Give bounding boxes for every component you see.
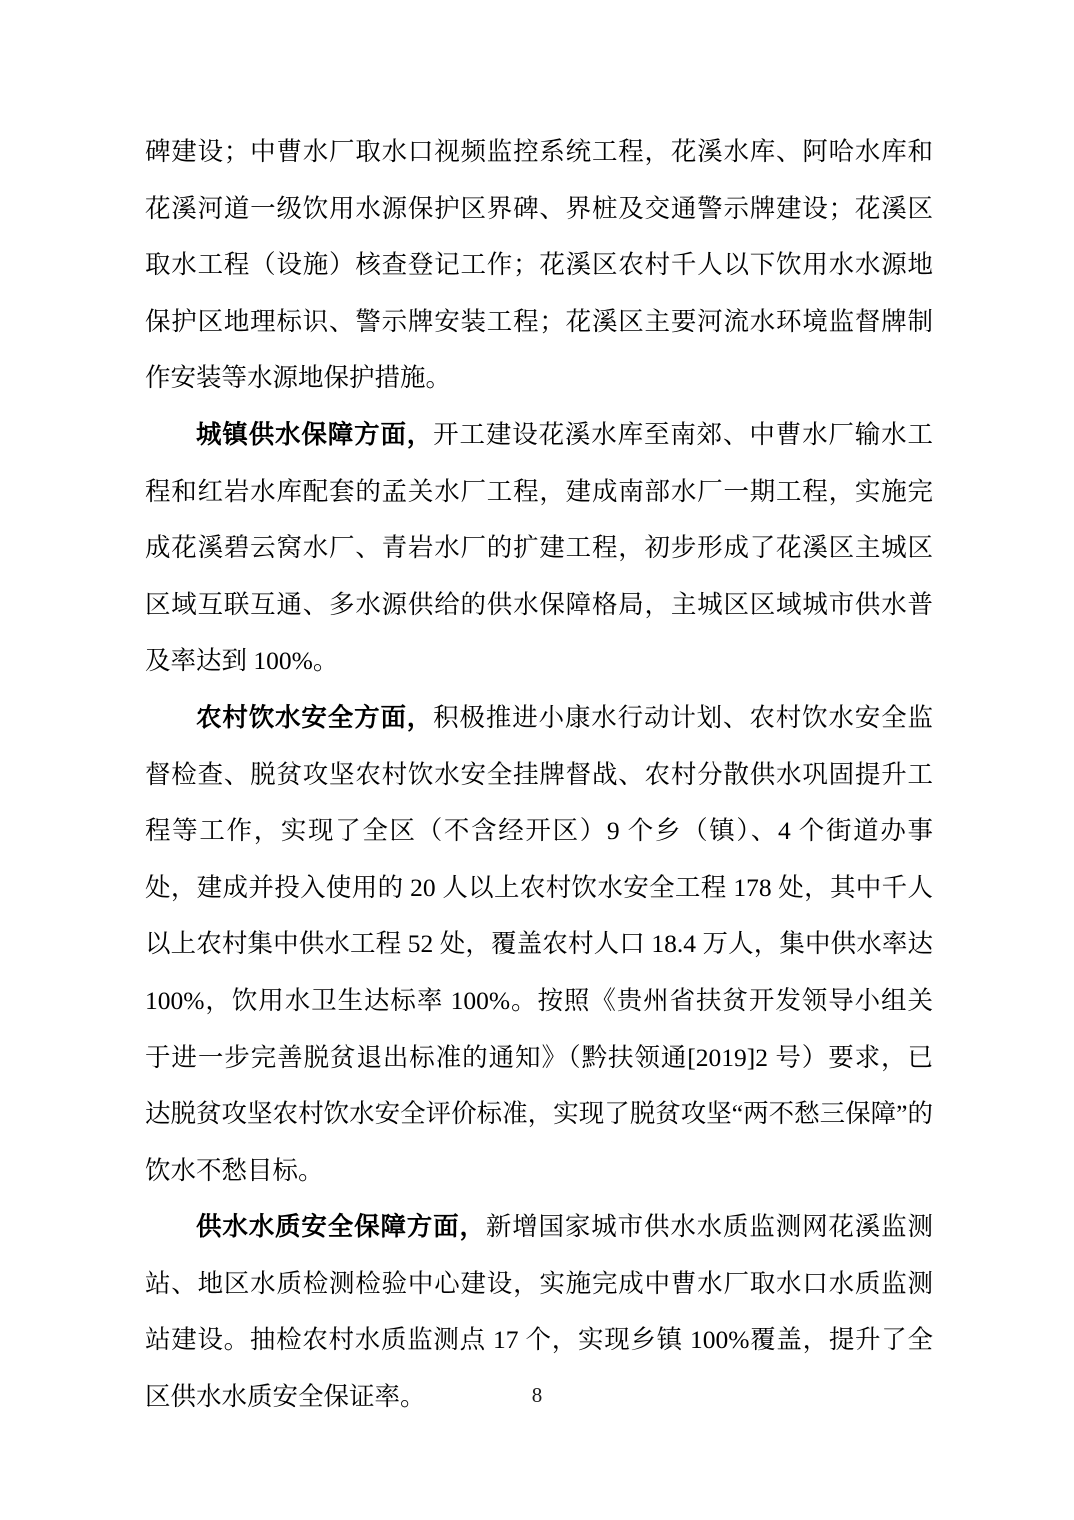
paragraph-urban-water-supply: 城镇供水保障方面，开工建设花溪水库至南郊、中曹水厂输水工程和红岩水库配套的孟关水… [145,407,933,690]
paragraph-text: 新增国家城市供水水质监测网花溪监测站、地区水质检测检验中心建设，实施完成中曹水厂… [145,1212,933,1411]
paragraph-text: 开工建设花溪水库至南郊、中曹水厂输水工程和红岩水库配套的孟关水厂工程，建成南部水… [145,420,933,675]
document-body: 碑建设；中曹水厂取水口视频监控系统工程，花溪水库、阿哈水库和花溪河道一级饮用水源… [145,124,933,1426]
paragraph-lead-water-quality-assurance: 供水水质安全保障方面， [196,1212,486,1241]
paragraph-text: 积极推进小康水行动计划、农村饮水安全监督检查、脱贫攻坚农村饮水安全挂牌督战、农村… [145,703,933,1185]
paragraph-lead-urban-water-supply: 城镇供水保障方面， [196,420,433,449]
page-number: 8 [0,1383,1074,1407]
paragraph-water-source-protection: 碑建设；中曹水厂取水口视频监控系统工程，花溪水库、阿哈水库和花溪河道一级饮用水源… [145,124,933,407]
paragraph-lead-rural-drinking-water-safety: 农村饮水安全方面， [196,703,433,732]
paragraph-text: 碑建设；中曹水厂取水口视频监控系统工程，花溪水库、阿哈水库和花溪河道一级饮用水源… [145,137,933,392]
paragraph-rural-drinking-water-safety: 农村饮水安全方面，积极推进小康水行动计划、农村饮水安全监督检查、脱贫攻坚农村饮水… [145,690,933,1199]
document-page: 碑建设；中曹水厂取水口视频监控系统工程，花溪水库、阿哈水库和花溪河道一级饮用水源… [0,0,1074,1520]
